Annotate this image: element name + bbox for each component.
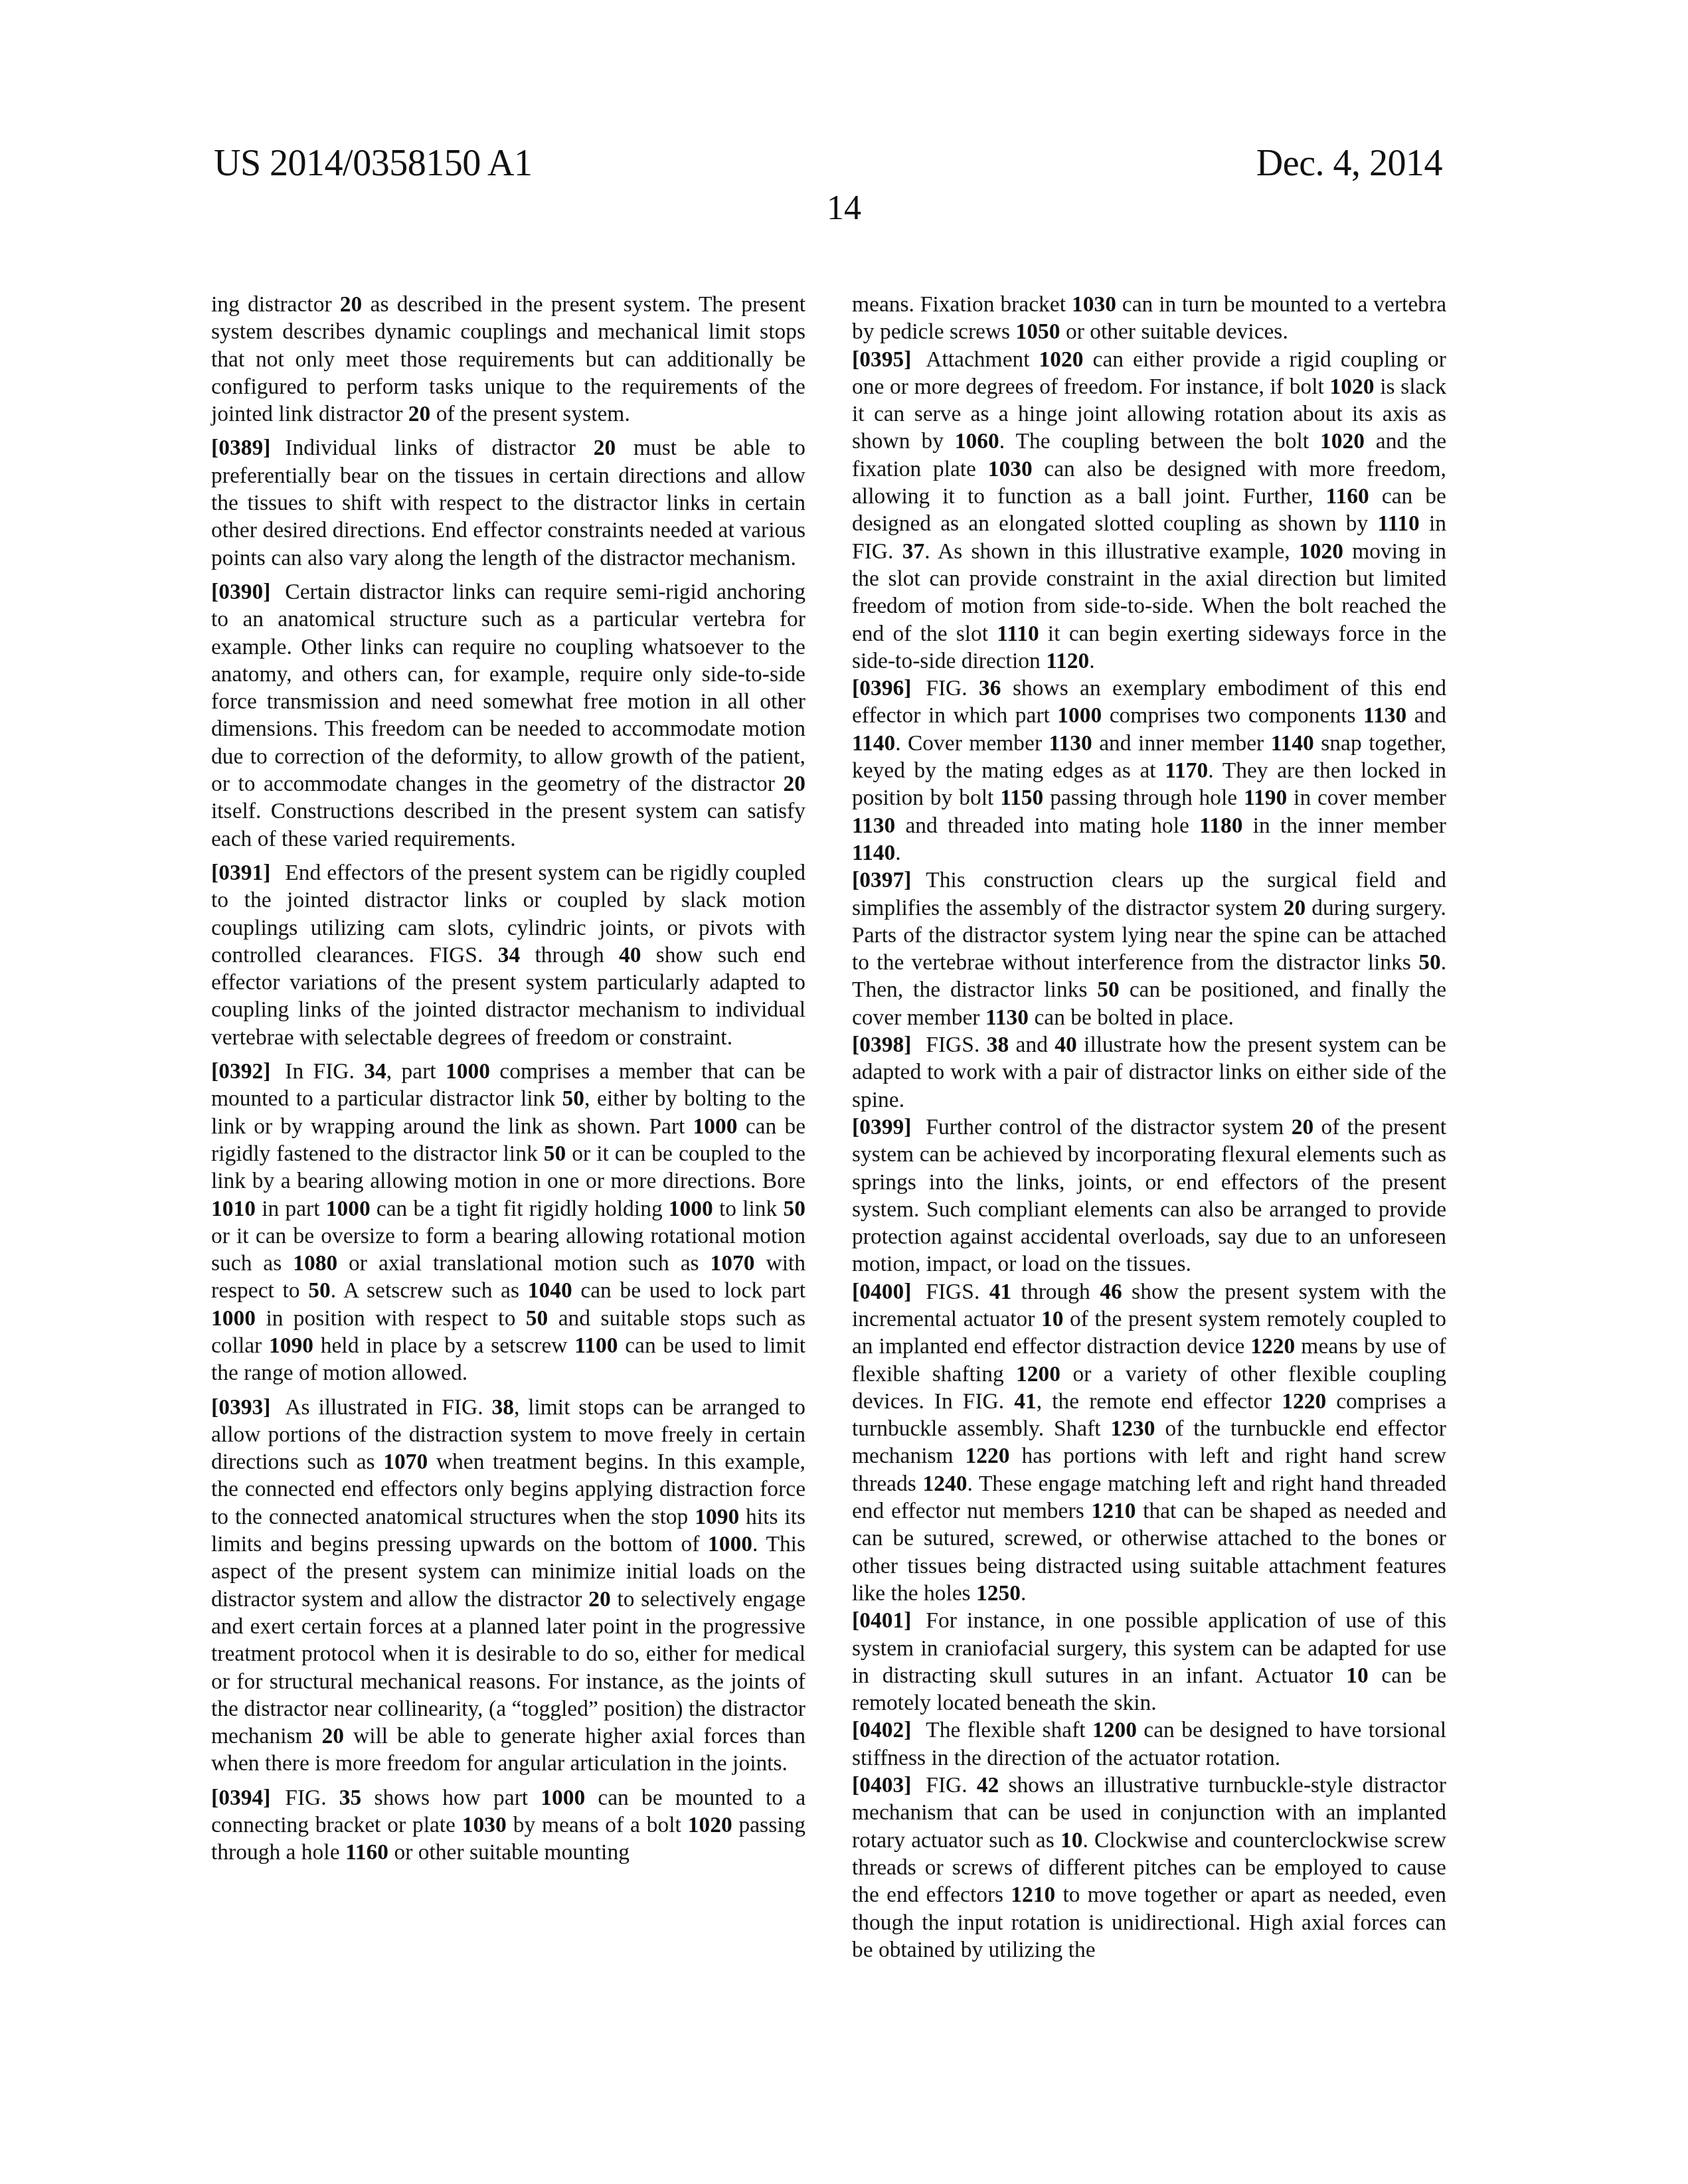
reference-numeral: 36 — [979, 676, 1001, 701]
paragraph-text: . The coupling between the bolt — [999, 429, 1320, 454]
reference-numeral: 41 — [1014, 1389, 1037, 1414]
reference-numeral: 20 — [322, 1724, 345, 1748]
reference-numeral: 1000 — [693, 1114, 738, 1139]
paragraph: [0397]This construction clears up the su… — [852, 867, 1446, 1031]
reference-numeral: 1220 — [966, 1444, 1010, 1468]
paragraph: [0395]Attachment 1020 can either provide… — [852, 346, 1446, 675]
paragraph-number: [0395] — [852, 347, 911, 372]
paragraph-text: through — [1011, 1280, 1100, 1304]
reference-numeral: 1220 — [1250, 1334, 1295, 1359]
paragraph-text: . A set­screw such as — [331, 1278, 528, 1303]
paragraph-number: [0391] — [211, 861, 270, 885]
reference-numeral: 1210 — [1011, 1883, 1055, 1907]
reference-numeral: 20 — [340, 292, 363, 317]
reference-numeral: 20 — [784, 772, 806, 796]
reference-numeral: 1060 — [955, 429, 999, 454]
reference-numeral: 42 — [977, 1773, 999, 1798]
paragraph-text: of the present system. — [430, 402, 630, 426]
reference-numeral: 1030 — [1072, 292, 1116, 317]
reference-numeral: 1110 — [1377, 511, 1419, 536]
reference-numeral: 20 — [588, 1587, 611, 1612]
reference-numeral: 50 — [784, 1197, 806, 1221]
paragraph-text: by means of a bolt — [507, 1813, 688, 1837]
paragraph-text: . — [895, 841, 900, 865]
paragraph: [0391]End effectors of the present syste… — [211, 859, 805, 1051]
paragraph: [0398]FIGS. 38 and 40 illustrate how the… — [852, 1031, 1446, 1114]
paragraph-text: in the inner member — [1242, 813, 1446, 838]
reference-numeral: 1030 — [988, 457, 1033, 481]
paragraph-number: [0396] — [852, 676, 911, 701]
reference-numeral: 1130 — [1363, 703, 1406, 728]
reference-numeral: 1020 — [688, 1813, 732, 1837]
reference-numeral: 1020 — [1039, 347, 1084, 372]
paragraph-number: [0401] — [852, 1608, 911, 1633]
reference-numeral: 50 — [1418, 950, 1441, 975]
paragraph-number: [0389] — [211, 436, 270, 460]
reference-numeral: 1090 — [269, 1333, 313, 1358]
reference-numeral: 1000 — [211, 1306, 256, 1331]
paragraph-text: or axial translational motion such as — [337, 1251, 710, 1276]
reference-numeral: 50 — [562, 1086, 585, 1111]
reference-numeral: 1020 — [1299, 539, 1343, 564]
paragraph-text: in part — [256, 1197, 326, 1221]
reference-numeral: 1130 — [852, 813, 895, 838]
paragraph: [0392]In FIG. 34, part 1000 comprises a … — [211, 1058, 805, 1387]
paragraph: [0403]FIG. 42 shows an illustrative turn… — [852, 1772, 1446, 1964]
paragraph-number: [0394] — [211, 1786, 270, 1810]
reference-numeral: 34 — [498, 943, 521, 967]
reference-numeral: 10 — [1346, 1663, 1369, 1688]
paragraph-text: and inner member — [1092, 731, 1271, 756]
reference-numeral: 1130 — [1049, 731, 1092, 756]
reference-numeral: 46 — [1100, 1280, 1122, 1304]
paragraph-number: [0392] — [211, 1059, 270, 1084]
paragraph: [0399]Further control of the distractor … — [852, 1114, 1446, 1278]
paragraph-text: or other suitable devices. — [1060, 319, 1288, 344]
paragraph-text: passing through hole — [1043, 786, 1244, 810]
paragraph-text: itself. Construc­tions described in the … — [211, 799, 805, 851]
paragraph-text: held in place by a setscrew — [313, 1333, 574, 1358]
paragraph: [0402]The flexible shaft 1200 can be des… — [852, 1717, 1446, 1772]
left-column: ing distractor 20 as described in the pr… — [211, 291, 805, 1873]
reference-numeral: 1170 — [1165, 758, 1208, 783]
paragraph-text: FIG. — [926, 1773, 977, 1798]
reference-numeral: 38 — [491, 1395, 514, 1420]
reference-numeral: 1160 — [1326, 484, 1369, 509]
reference-numeral: 20 — [594, 436, 616, 460]
paragraph-text: Attachment — [926, 347, 1039, 372]
reference-numeral: 1000 — [1057, 703, 1102, 728]
paragraph-text: or other suitable mounting — [388, 1840, 630, 1865]
reference-numeral: 40 — [1055, 1033, 1077, 1057]
paragraph-text: Certain distractor links can require sem… — [211, 580, 805, 796]
reference-numeral: 1160 — [345, 1840, 388, 1865]
reference-numeral: 1000 — [541, 1786, 585, 1810]
publication-date: Dec. 4, 2014 — [1256, 145, 1442, 182]
paragraph-text: in position with respect to — [256, 1306, 526, 1331]
paragraph-number: [0393] — [211, 1395, 270, 1420]
reference-numeral: 1210 — [1091, 1499, 1136, 1523]
right-column: means. Fixation bracket 1030 can in turn… — [852, 291, 1446, 1964]
paragraph-number: [0403] — [852, 1773, 911, 1798]
paragraph-text: FIG. — [285, 1786, 339, 1810]
paragraph-text: ing distractor — [211, 292, 340, 317]
paragraph-number: [0402] — [852, 1718, 911, 1742]
paragraph-number: [0398] — [852, 1033, 911, 1057]
paragraph-text: . Cover member — [895, 731, 1049, 756]
reference-numeral: 1030 — [462, 1813, 507, 1837]
reference-numeral: 1080 — [293, 1251, 337, 1276]
paragraph: ing distractor 20 as described in the pr… — [211, 291, 805, 428]
paragraph-text: to link — [713, 1197, 784, 1221]
paragraph-text: and threaded into mating hole — [895, 813, 1199, 838]
reference-numeral: 41 — [989, 1280, 1012, 1304]
paragraph-text: FIG. — [926, 676, 979, 701]
reference-numeral: 1000 — [669, 1197, 713, 1221]
reference-numeral: 1040 — [528, 1278, 572, 1303]
reference-numeral: 1020 — [1320, 429, 1365, 454]
page-number: 14 — [0, 191, 1688, 226]
paragraph-text: The flexible shaft — [926, 1718, 1092, 1742]
paragraph: [0389]Individual links of distractor 20 … — [211, 434, 805, 571]
paragraph: [0390]Certain distractor links can requi… — [211, 578, 805, 853]
reference-numeral: 34 — [364, 1059, 386, 1084]
reference-numeral: 1100 — [574, 1333, 618, 1358]
paragraph-text: FIGS. — [926, 1280, 989, 1304]
reference-numeral: 1140 — [852, 731, 895, 756]
reference-numeral: 1230 — [1111, 1416, 1155, 1441]
reference-numeral: 1180 — [1199, 813, 1242, 838]
paragraph-text: . As shown in this illustrative example, — [924, 539, 1299, 564]
reference-numeral: 20 — [1292, 1115, 1314, 1139]
paragraph: [0401]For instance, in one possible appl… — [852, 1607, 1446, 1717]
paragraph: [0396]FIG. 36 shows an exemplary embodim… — [852, 675, 1446, 867]
paragraph: [0400]FIGS. 41 through 46 show the prese… — [852, 1278, 1446, 1608]
reference-numeral: 1010 — [211, 1197, 256, 1221]
paragraph-text: and — [1009, 1033, 1055, 1057]
paragraph-text: As illustrated in FIG. — [285, 1395, 491, 1420]
reference-numeral: 1250 — [976, 1581, 1021, 1606]
paragraph-text: through — [520, 943, 619, 967]
paragraph-text: shows how part — [361, 1786, 541, 1810]
reference-numeral: 1130 — [985, 1005, 1029, 1030]
reference-numeral: 1090 — [695, 1505, 739, 1529]
reference-numeral: 1140 — [852, 841, 895, 865]
paragraph-text: comprises two components — [1102, 703, 1363, 728]
reference-numeral: 20 — [408, 402, 431, 426]
paragraph-text: . — [1021, 1581, 1026, 1606]
paragraph-text: , part — [386, 1059, 446, 1084]
reference-numeral: 1150 — [1000, 786, 1043, 810]
paragraph-text: In FIG. — [285, 1059, 364, 1084]
paragraph-text: . — [1089, 649, 1094, 673]
reference-numeral: 37 — [902, 539, 925, 564]
paragraph-text: can be bolted in place. — [1029, 1005, 1234, 1030]
reference-numeral: 50 — [544, 1141, 566, 1166]
paragraph-number: [0397] — [852, 868, 911, 892]
reference-numeral: 10 — [1060, 1828, 1083, 1853]
paragraph-text: can be used to lock part — [572, 1278, 805, 1303]
reference-numeral: 35 — [339, 1786, 362, 1810]
paragraph-text: and — [1406, 703, 1446, 728]
reference-numeral: 50 — [526, 1306, 549, 1331]
paragraph-text: Further control of the distractor system — [926, 1115, 1291, 1139]
reference-numeral: 1120 — [1046, 649, 1089, 673]
reference-numeral: 1000 — [446, 1059, 490, 1084]
reference-numeral: 1000 — [326, 1197, 371, 1221]
paragraph-number: [0399] — [852, 1115, 911, 1139]
reference-numeral: 50 — [308, 1278, 331, 1303]
reference-numeral: 1020 — [1329, 375, 1374, 399]
paragraph-number: [0400] — [852, 1280, 911, 1304]
reference-numeral: 1240 — [922, 1471, 967, 1496]
paragraph: [0393]As illustrated in FIG. 38, limit s… — [211, 1394, 805, 1778]
paragraph-text: in cover member — [1287, 786, 1446, 810]
reference-numeral: 10 — [1041, 1307, 1064, 1331]
publication-number: US 2014/0358150 A1 — [214, 145, 533, 182]
paragraph-text: , the remote end effector — [1037, 1389, 1282, 1414]
paragraph-number: [0390] — [211, 580, 270, 604]
reference-numeral: 1070 — [711, 1251, 755, 1276]
reference-numeral: 1000 — [708, 1532, 752, 1556]
paragraph-text: can be a tight fit rigidly holding — [371, 1197, 669, 1221]
paragraph: [0394]FIG. 35 shows how part 1000 can be… — [211, 1784, 805, 1867]
reference-numeral: 50 — [1097, 977, 1120, 1002]
paragraph-text: Individual links of distractor — [285, 436, 593, 460]
reference-numeral: 20 — [1284, 896, 1306, 920]
reference-numeral: 1070 — [383, 1450, 428, 1474]
reference-numeral: 1200 — [1016, 1362, 1060, 1386]
reference-numeral: 1050 — [1016, 319, 1060, 344]
paragraph-text: FIGS. — [926, 1033, 986, 1057]
reference-numeral: 38 — [987, 1033, 1009, 1057]
reference-numeral: 1190 — [1244, 786, 1287, 810]
reference-numeral: 40 — [619, 943, 641, 967]
reference-numeral: 1220 — [1282, 1389, 1326, 1414]
reference-numeral: 1110 — [997, 622, 1039, 646]
reference-numeral: 1140 — [1271, 731, 1314, 756]
reference-numeral: 1200 — [1092, 1718, 1137, 1742]
paragraph-text: means. Fixation bracket — [852, 292, 1072, 317]
paragraph: means. Fixation bracket 1030 can in turn… — [852, 291, 1446, 346]
